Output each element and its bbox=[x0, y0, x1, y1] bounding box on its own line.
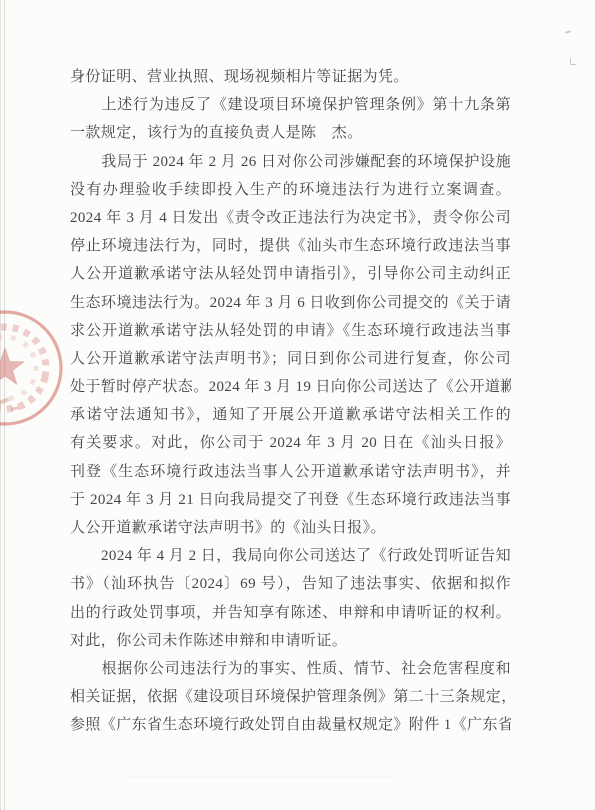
document-line: 承诺守法通知书》，通知了开展公开道歉承诺守法相关工作的 bbox=[70, 401, 511, 429]
document-line: 对此，你公司未作陈述申辩和申请听证。 bbox=[70, 627, 511, 655]
document-line: 处于暂时停产状态。2024 年 3 月 19 日向你公司送达了《公开道歉 bbox=[70, 373, 511, 401]
scan-artifact bbox=[565, 30, 571, 33]
document-line: 参照《广东省生态环境行政处罚自由裁量权规定》附件 1《广东省 bbox=[70, 711, 511, 739]
document-line: 身份证明、营业执照、现场视频相片等证据为凭。 bbox=[70, 63, 511, 91]
document-text: 身份证明、营业执照、现场视频相片等证据为凭。 上述行为违反了《建设项目环境保护管… bbox=[70, 63, 511, 740]
document-line: 有关要求。对此，你公司于 2024 年 3 月 20 日在《汕头日报》 bbox=[70, 429, 511, 457]
scan-edge-line bbox=[4, 0, 5, 810]
scan-artifact bbox=[570, 58, 576, 65]
document-line: 出的行政处罚事项，并告知享有陈述、申辩和申请听证的权利。 bbox=[70, 599, 511, 627]
document-line: 根据你公司违法行为的事实、性质、情节、社会危害程度和 bbox=[70, 655, 511, 683]
document-line: 生态环境违法行为。2024 年 3 月 6 日收到你公司提交的《关于请 bbox=[70, 289, 511, 317]
document-line: 一款规定，该行为的直接负责人是陈 杰。 bbox=[70, 119, 511, 147]
document-line: 人公开道歉承诺守法声明书》；同日到你公司进行复查，你公司 bbox=[70, 345, 511, 373]
document-line: 求公开道歉承诺守法从轻处罚的申请》《生态环境行政违法当事 bbox=[70, 317, 511, 345]
document-line: 人公开道歉承诺守法声明书》的《汕头日报》。 bbox=[70, 514, 511, 542]
document-line: 相关证据，依据《建设项目环境保护管理条例》第二十三条规定， bbox=[70, 683, 511, 711]
scanned-document-page: 身份证明、营业执照、现场视频相片等证据为凭。 上述行为违反了《建设项目环境保护管… bbox=[0, 0, 595, 810]
document-line: 上述行为违反了《建设项目环境保护管理条例》第十九条第 bbox=[70, 91, 511, 119]
official-seal-icon bbox=[0, 303, 69, 435]
document-line: 2024 年 4 月 2 日，我局向你公司送达了《行政处罚听证告知 bbox=[70, 542, 511, 570]
document-line: 书》（汕环执告〔2024〕69 号），告知了违法事实、依据和拟作 bbox=[70, 570, 511, 598]
document-line: 2024 年 3 月 4 日发出《责令改正违法行为决定书》，责令你公司 bbox=[70, 204, 511, 232]
document-line: 于 2024 年 3 月 21 日向我局提交了刊登《生态环境行政违法当事 bbox=[70, 486, 511, 514]
document-line: 我局于 2024 年 2 月 26 日对你公司涉嫌配套的环境保护设施 bbox=[70, 148, 511, 176]
document-line: 没有办理验收手续即投入生产的环境违法行为进行立案调查。 bbox=[70, 176, 511, 204]
document-line: 刊登《生态环境行政违法当事人公开道歉承诺守法声明书》，并 bbox=[70, 458, 511, 486]
document-line: 人公开道歉承诺守法从轻处罚申请指引》，引导你公司主动纠正 bbox=[70, 260, 511, 288]
scan-artifact bbox=[130, 776, 390, 778]
scan-edge-line bbox=[0, 0, 1, 810]
document-line: 停止环境违法行为，同时，提供《汕头市生态环境行政违法当事 bbox=[70, 232, 511, 260]
